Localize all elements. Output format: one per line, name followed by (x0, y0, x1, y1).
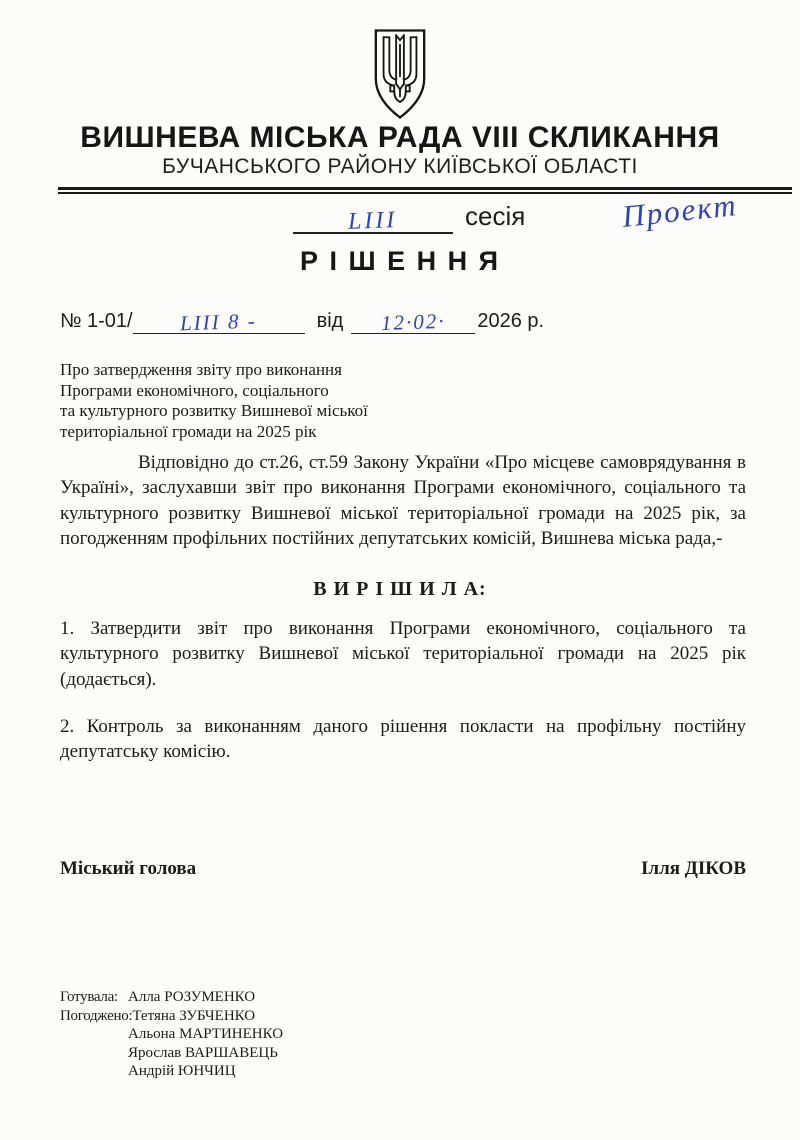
agreed-name-4: Андрій ЮНЧИЦ (128, 1062, 236, 1081)
handwritten-date: 12·02· (381, 309, 446, 336)
subject-line-4: територіальної громади на 2025 рік (60, 422, 368, 443)
resolved-heading: В И Р І Ш И Л А: (0, 578, 800, 601)
agreed-label: Погоджено: (60, 1007, 132, 1026)
org-name: ВИШНЕВА МІСЬКА РАДА VIII СКЛИКАННЯ (0, 121, 800, 155)
agreed-row: Ярослав ВАРШАВЕЦЬ (60, 1044, 283, 1063)
ukraine-trident-emblem (371, 27, 429, 121)
subject-line-1: Про затвердження звіту про виконання (60, 360, 368, 381)
number-prefix: № 1-01/ (60, 310, 133, 332)
handwritten-project-note: Проект (620, 187, 739, 235)
signer-title: Міський голова (60, 858, 196, 880)
agreed-label-spacer (60, 1025, 128, 1044)
preamble-paragraph: Відповідно до ст.26, ст.59 Закону Україн… (60, 450, 746, 551)
resolution-item-2: 2. Контроль за виконанням даного рішення… (60, 714, 746, 765)
agreed-name-3: Ярослав ВАРШАВЕЦЬ (128, 1044, 278, 1063)
handwritten-doc-number: LIII 8 - (180, 309, 257, 337)
session-line: LIIIсесія (293, 201, 525, 234)
org-region: БУЧАНСЬКОГО РАЙОНУ КИЇВСЬКОЇ ОБЛАСТІ (0, 155, 800, 179)
prepared-row: Готувала: Алла РОЗУМЕНКО (60, 988, 283, 1007)
agreed-row: Альона МАРТИНЕНКО (60, 1025, 283, 1044)
agreed-label-spacer (60, 1062, 128, 1081)
approvals-block: Готувала: Алла РОЗУМЕНКО Погоджено: Тетя… (60, 988, 283, 1081)
document-type-title: Р І Ш Е Н Н Я (0, 246, 800, 277)
agreed-row: Погоджено: Тетяна ЗУБЧЕНКО (60, 1007, 283, 1026)
resolution-item-1: 1. Затвердити звіт про виконання Програм… (60, 616, 746, 692)
handwritten-session-number: LIII (348, 207, 398, 236)
agreed-name-1: Тетяна ЗУБЧЕНКО (132, 1007, 255, 1026)
session-label: сесія (465, 201, 525, 231)
doc-number-blank: LIII 8 - (133, 308, 305, 334)
agreed-label-spacer (60, 1044, 128, 1063)
session-number-blank: LIII (293, 201, 453, 234)
subject-line-2: Програми економічного, соціального (60, 381, 368, 402)
signer-name: Ілля ДІКОВ (641, 858, 746, 880)
document-number-line: № 1-01/LIII 8 -від12·02·2026 р. (60, 308, 544, 334)
prepared-label: Готувала: (60, 988, 128, 1007)
signature-row: Міський голова Ілля ДІКОВ (60, 858, 746, 880)
subject-block: Про затвердження звіту про виконання Про… (60, 360, 368, 442)
trident-shield-icon (371, 27, 429, 121)
date-label: від (317, 310, 344, 332)
agreed-name-2: Альона МАРТИНЕНКО (128, 1025, 283, 1044)
year-label: 2026 р. (477, 310, 544, 332)
divider-thick-line (58, 187, 792, 190)
agreed-row: Андрій ЮНЧИЦ (60, 1062, 283, 1081)
subject-line-3: та культурного розвитку Вишневої міської (60, 401, 368, 422)
date-blank: 12·02· (351, 308, 475, 334)
document-page: ВИШНЕВА МІСЬКА РАДА VIII СКЛИКАННЯ БУЧАН… (0, 0, 800, 1140)
prepared-name: Алла РОЗУМЕНКО (128, 988, 255, 1007)
